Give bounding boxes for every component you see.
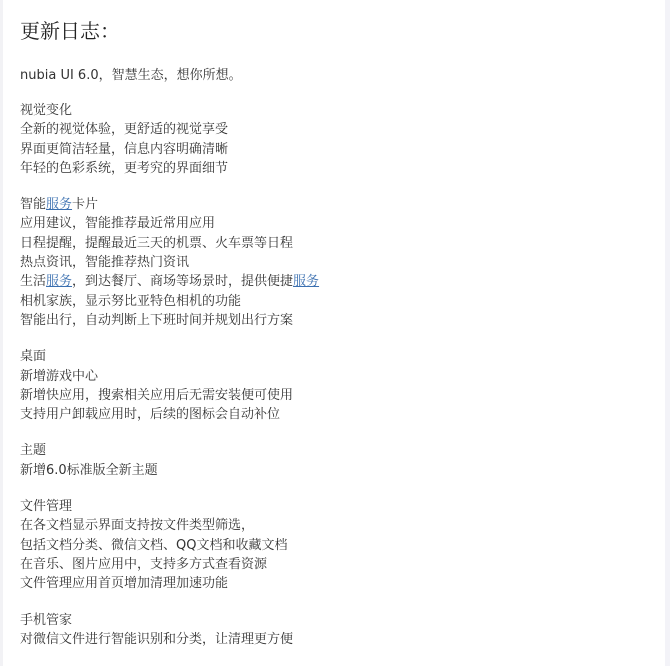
- list-item: 支持用户卸载应用时，后续的图标会自动补位: [20, 405, 650, 424]
- list-item: 在音乐、图片应用中，支持多方式查看资源: [20, 555, 650, 574]
- service-link[interactable]: 服务: [293, 274, 319, 289]
- section-heading: 智能服务卡片: [20, 195, 650, 214]
- list-item: 智能出行，自动判断上下班时间并规划出行方案: [20, 311, 650, 330]
- item-text: ，到达餐厅、商场等场景时，提供便捷: [72, 274, 293, 289]
- section-phone-manager: 手机管家 对微信文件进行智能识别和分类，让清理更方便: [20, 611, 650, 650]
- list-item: 日程提醒，提醒最近三天的机票、火车票等日程: [20, 234, 650, 253]
- list-item: 在各文档显示界面支持按文件类型筛选，: [20, 516, 650, 535]
- page-left-border: [0, 0, 3, 666]
- list-item: 年轻的色彩系统，更考究的界面细节: [20, 159, 650, 178]
- section-heading: 手机管家: [20, 611, 650, 630]
- changelog-content: 更新日志： nubia UI 6.0，智慧生态，想你所想。 视觉变化 全新的视觉…: [20, 18, 650, 666]
- list-item: 热点资讯，智能推荐热门资讯: [20, 253, 650, 272]
- list-item: 包括文档分类、微信文档、QQ文档和收藏文档: [20, 536, 650, 555]
- list-item: 界面更简洁轻量，信息内容明确清晰: [20, 140, 650, 159]
- item-text: 生活: [20, 274, 46, 289]
- section-heading: 桌面: [20, 347, 650, 366]
- page-right-border: [665, 0, 670, 666]
- section-smart-service-card: 智能服务卡片 应用建议，智能推荐最近常用应用 日程提醒，提醒最近三天的机票、火车…: [20, 195, 650, 330]
- list-item: 对微信文件进行智能识别和分类，让清理更方便: [20, 630, 650, 649]
- list-item: 新增6.0标准版全新主题: [20, 461, 650, 480]
- section-desktop: 桌面 新增游戏中心 新增快应用，搜索相关应用后无需安装便可使用 支持用户卸载应用…: [20, 347, 650, 424]
- list-item: 新增快应用，搜索相关应用后无需安装便可使用: [20, 386, 650, 405]
- section-theme: 主题 新增6.0标准版全新主题: [20, 441, 650, 480]
- heading-text: 卡片: [72, 197, 98, 212]
- section-visual-changes: 视觉变化 全新的视觉体验，更舒适的视觉享受 界面更简洁轻量，信息内容明确清晰 年…: [20, 101, 650, 178]
- service-link[interactable]: 服务: [46, 274, 72, 289]
- section-file-manager: 文件管理 在各文档显示界面支持按文件类型筛选， 包括文档分类、微信文档、QQ文档…: [20, 497, 650, 593]
- list-item: 生活服务，到达餐厅、商场等场景时，提供便捷服务: [20, 272, 650, 291]
- intro-text: nubia UI 6.0，智慧生态，想你所想。: [20, 66, 650, 85]
- list-item: 应用建议，智能推荐最近常用应用: [20, 214, 650, 233]
- section-heading: 文件管理: [20, 497, 650, 516]
- list-item: 文件管理应用首页增加清理加速功能: [20, 574, 650, 593]
- list-item: 相机家族，显示努比亚特色相机的功能: [20, 292, 650, 311]
- service-link[interactable]: 服务: [46, 197, 72, 212]
- list-item: 全新的视觉体验，更舒适的视觉享受: [20, 120, 650, 139]
- section-heading: 主题: [20, 441, 650, 460]
- page-title: 更新日志：: [20, 18, 650, 44]
- heading-text: 智能: [20, 197, 46, 212]
- list-item: 新增游戏中心: [20, 367, 650, 386]
- section-heading: 视觉变化: [20, 101, 650, 120]
